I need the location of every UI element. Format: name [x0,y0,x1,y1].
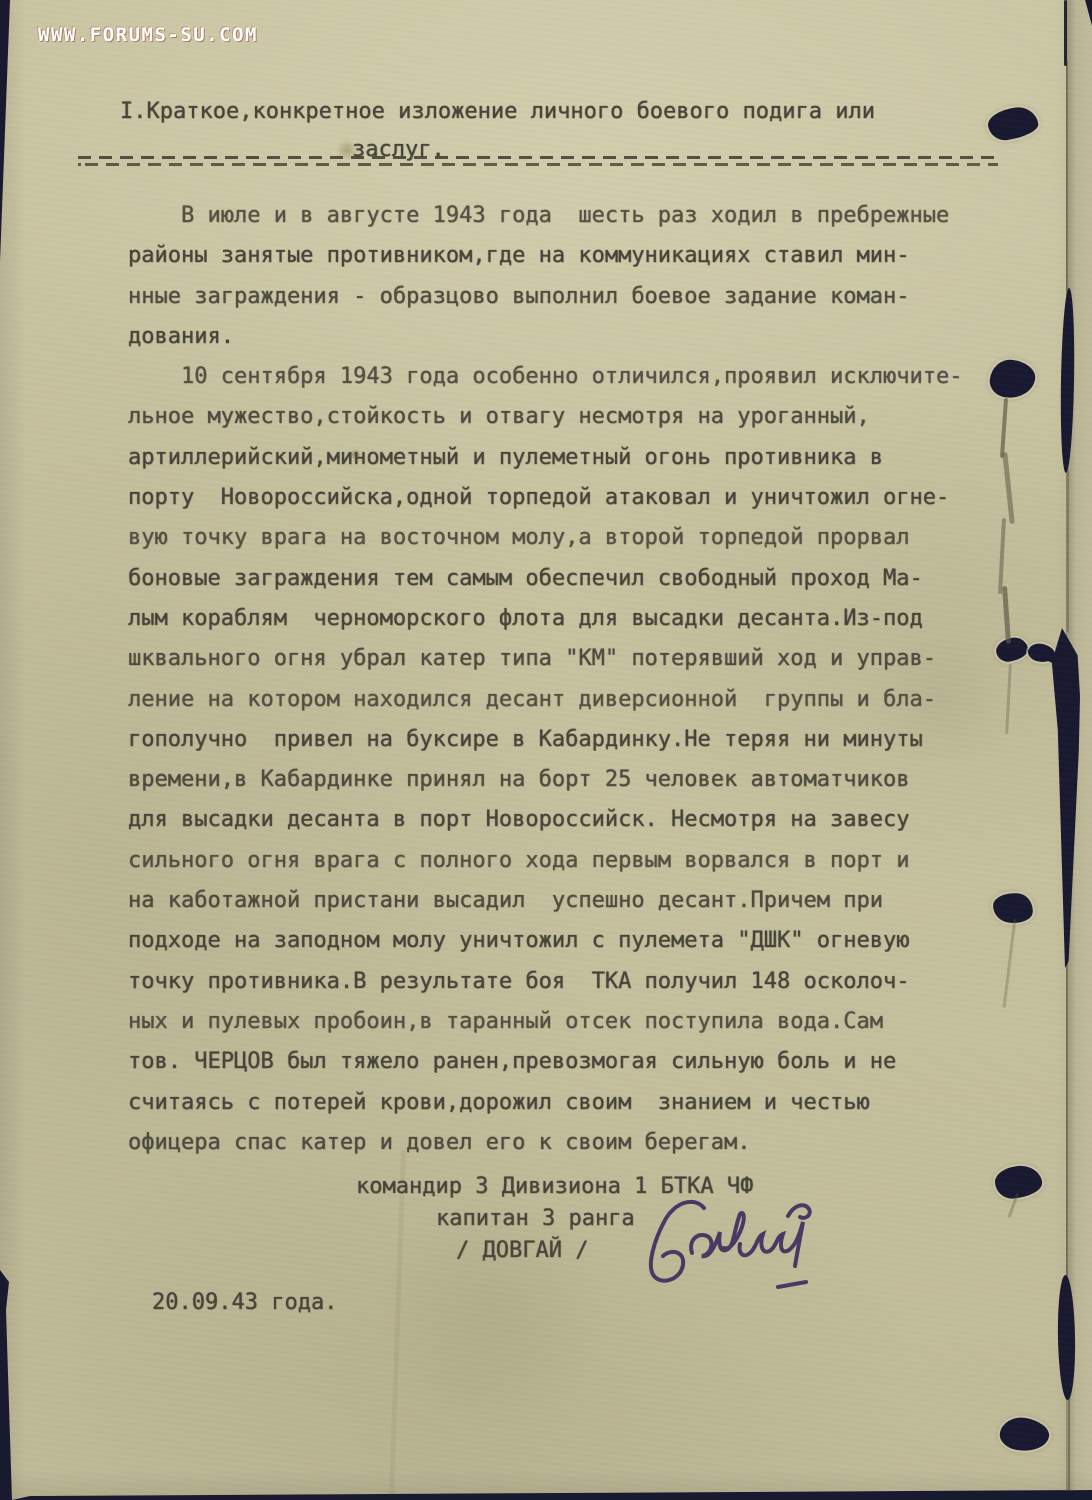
paper-crack [1002,452,1014,524]
paper-hole [986,105,1040,143]
typed-line: шквального огня убрал катер типа "КМ" по… [128,639,962,679]
paper-crack [1005,664,1012,734]
document-date: 20.09.43 года. [152,1290,337,1315]
paper-hole [988,358,1037,400]
typed-line: офицера спас катер и довел его к своим б… [128,1123,962,1163]
typed-line: 10 сентября 1943 года особенно отличился… [128,357,962,397]
typed-line: считаясь с потерей крови,дорожил своим з… [128,1083,962,1123]
typed-line: дования. [128,317,962,357]
dash-row [78,163,998,166]
typed-line: времени,в Кабардинке принял на борт 25 ч… [128,760,962,800]
typed-line: нные заграждения - образцово выполнил бо… [128,277,962,317]
paper-crack [998,518,1006,594]
typed-line: на каботажной пристани высадил успешно д… [128,881,962,921]
typed-line: В июле и в августе 1943 года шесть раз х… [128,196,962,236]
typed-line: ных и пулевых пробоин,в таранный отсек п… [128,1002,962,1042]
fold-crease [1066,962,1068,1278]
typed-line: подходе на заподном молу уничтожил с пул… [128,921,962,961]
section-title-line1: I.Краткое,конкретное изложение личного б… [120,99,875,124]
double-dashed-underline [78,156,998,168]
fold-crease [1067,470,1069,632]
typed-line: лым кораблям черноморского флота для выс… [128,599,962,639]
document-body-text: В июле и в августе 1943 года шесть раз х… [128,196,962,1163]
typed-line: вую точку врага на восточном молу,а втор… [128,518,962,558]
scanned-document: WWW.FORUMS-SU.COM I.Краткое,конкретное и… [0,0,1092,1500]
handwritten-signature [628,1192,858,1307]
fold-crease [1068,1392,1070,1500]
signature-rank-line: капитан 3 ранга [436,1206,635,1231]
typed-line: тов. ЧЕРЦОВ был тяжело ранен,превозмогая… [128,1042,962,1082]
typed-line: точку противника.В результате боя ТКА по… [128,962,962,1002]
dash-row [78,156,998,159]
document-page: WWW.FORUMS-SU.COM I.Краткое,конкретное и… [0,0,1092,1500]
fold-crease [1064,0,1067,66]
paper-hole [994,635,1030,663]
fold-crease [389,1150,406,1500]
paper-crack [1003,918,1017,1008]
typed-line: сильного огня врага с полного хода первы… [128,841,962,881]
fold-crease [1066,60,1068,292]
paper-crack [1000,398,1008,458]
paper-hole [998,1414,1052,1454]
forum-watermark: WWW.FORUMS-SU.COM [38,24,258,46]
typed-line: гополучно привел на буксире в Кабардинку… [128,720,962,760]
typed-line: боновые заграждения тем самым обеспечил … [128,559,962,599]
typed-line: ление на котором находился десант диверс… [128,680,962,720]
paper-crack [1002,586,1011,644]
typed-line: льное мужество,стойкость и отвагу несмот… [128,397,962,437]
typed-line: районы занятые противником,где на коммун… [128,236,962,276]
typed-line: для высадки десанта в порт Новороссийск.… [128,800,962,840]
typed-line: порту Новороссийска,одной торпедой атако… [128,478,962,518]
typed-line: артиллерийский,минометный и пулеметный о… [128,438,962,478]
signature-name-line: / ДОВГАЙ / [456,1238,588,1263]
